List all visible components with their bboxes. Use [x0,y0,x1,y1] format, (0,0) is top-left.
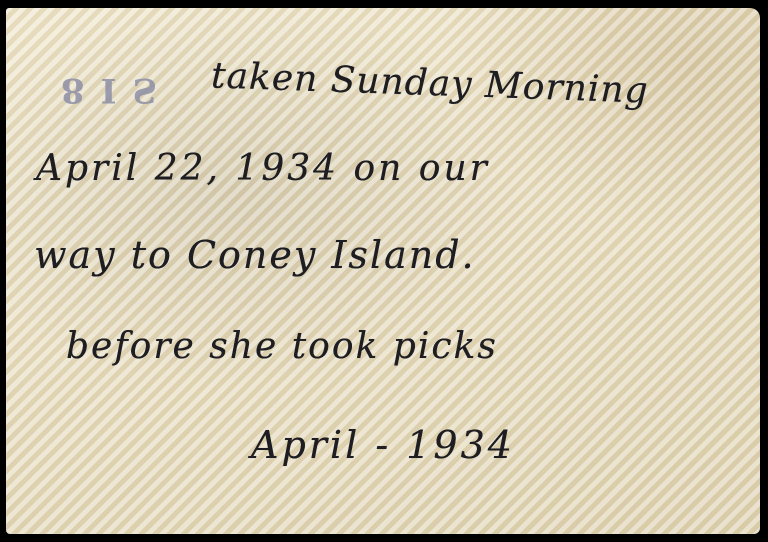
note-paper: 8IS taken Sunday Morning April 22, 1934 … [6,8,760,534]
handwriting-line-3: way to Coney Island. [34,233,476,277]
stamped-number: 8IS [61,70,173,110]
handwriting-line-4: before she took picks [66,326,498,367]
handwriting-date: April - 1934 [251,423,515,467]
handwriting-line-2: April 22, 1934 on our [36,148,490,189]
handwriting-line-1: taken Sunday Morning [210,55,649,111]
